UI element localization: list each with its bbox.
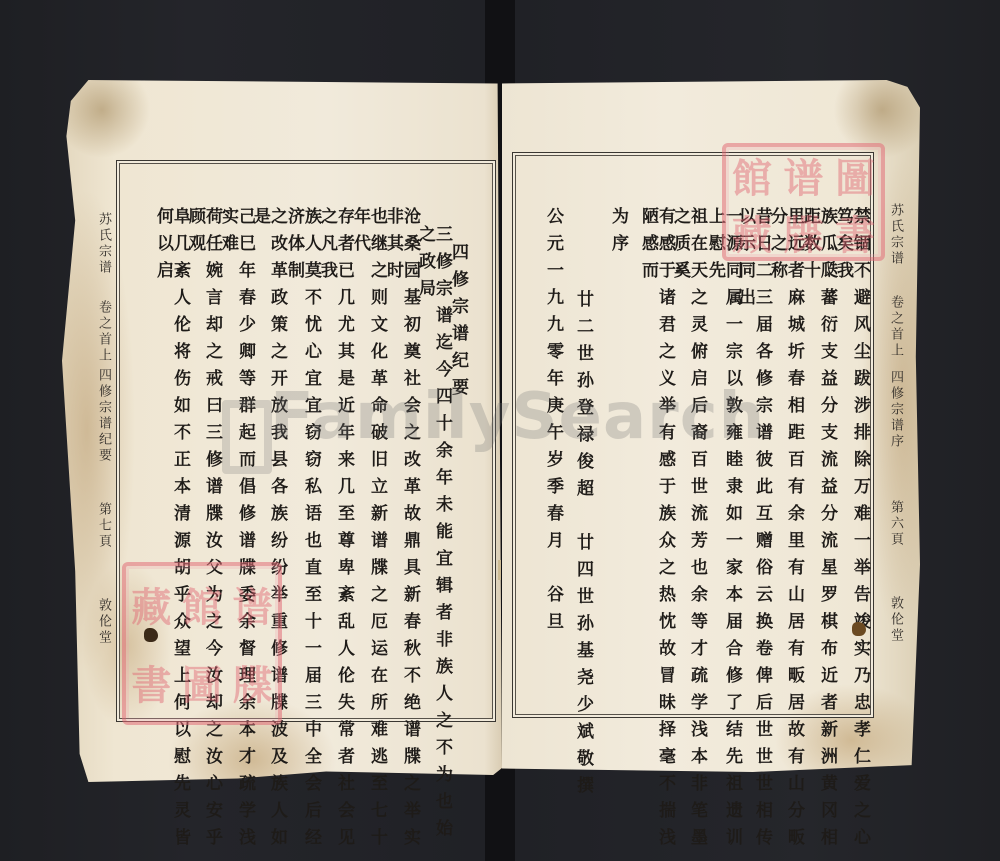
text-column: 之改革政策之开放我县各族纷纷举重修谱牒波及族人如是 <box>251 207 285 861</box>
left-margin-title: 苏氏宗谱 <box>94 212 113 276</box>
text-column: 一源同属一宗以敦雍睦隶如一家本届合修了结先祖遗训上慰先 <box>706 207 740 861</box>
text-column: 祖在天之灵俯启后裔百世流芳也余等才疏学浅本非笔墨之质奚 <box>671 207 705 861</box>
right-margin-section: 四修宗谱序 <box>886 370 905 450</box>
author-signature: 廿二世孙登禄俊超 廿四世孙基尧少斌敬撰 <box>574 290 591 803</box>
text-column: 为序 <box>609 207 626 261</box>
left-margin-hall-name: 敦伦堂 <box>94 598 113 646</box>
text-column: 三修宗谱迄今四十余年未能宜辑者非族人之不为也始之政局 <box>416 225 450 861</box>
text-column: 己巳年春少卿等群起而倡修谱牒委余督理余本才疏学浅实难 <box>219 207 253 861</box>
right-margin-title: 苏氏宗谱 <box>886 203 905 267</box>
watermark-text: FamilySearch <box>270 380 765 454</box>
left-margin-volume: 卷之首上 <box>94 300 113 364</box>
library-seal-stamp: 館谱圖藏牒書 <box>722 143 885 261</box>
familysearch-logo-icon <box>222 400 272 474</box>
text-column: 沧桑园基初奠社会之改革故鼎具新春秋不绝谱牒之举实非其时 <box>384 207 418 861</box>
binding-thread <box>498 560 501 580</box>
text-column: 有感于诸君之义举有感于族众之热忱故冒昧择毫不揣浅陋感而 <box>639 207 673 861</box>
text-column: 族人莫不忧心宜宜窃窃私语也直至十一届三中全会后经济体制 <box>285 207 319 861</box>
left-margin-section: 四修宗谱纪要 <box>94 368 113 464</box>
text-column: 也继之则文化革命破旧立新谱牒之厄运在所难逃至七十年代 <box>351 207 385 861</box>
right-margin-volume: 卷之首上 <box>886 295 905 359</box>
text-column: 里远者麻城圻春相距百有余里有山居有畈居故有山分畈分之称 <box>768 207 802 861</box>
page-damage-spot <box>852 622 866 636</box>
text-column: 存者已几尤其是近年来几至尊卑紊乱人伦失常者社会见之凡我 <box>318 207 352 861</box>
library-seal-stamp: 藏館谱書圖牒 <box>122 562 282 725</box>
text-column: 荷任婉言却之戒曰三修谱牒汝父为之今汝却之汝心安乎顾观 <box>186 207 220 861</box>
text-column: 阜几紊人伦将伤如不正本清源胡乎众望上何以慰先灵皆何以启 <box>154 207 188 861</box>
left-margin-page-number: 第七頁 <box>94 502 113 550</box>
right-margin-page-number: 第六頁 <box>886 500 905 548</box>
right-margin-hall-name: 敦伦堂 <box>886 596 905 644</box>
text-column: 族瓜瓞蕃衍支益分支流益分流星罗棋布近者新洲黄冈相距数十 <box>801 207 835 861</box>
page-damage-spot <box>144 628 158 642</box>
text-column: 禁锢不避风尘跋涉排除万难一举告竣实乃忠孝仁爱之心笃矣我 <box>834 207 868 861</box>
